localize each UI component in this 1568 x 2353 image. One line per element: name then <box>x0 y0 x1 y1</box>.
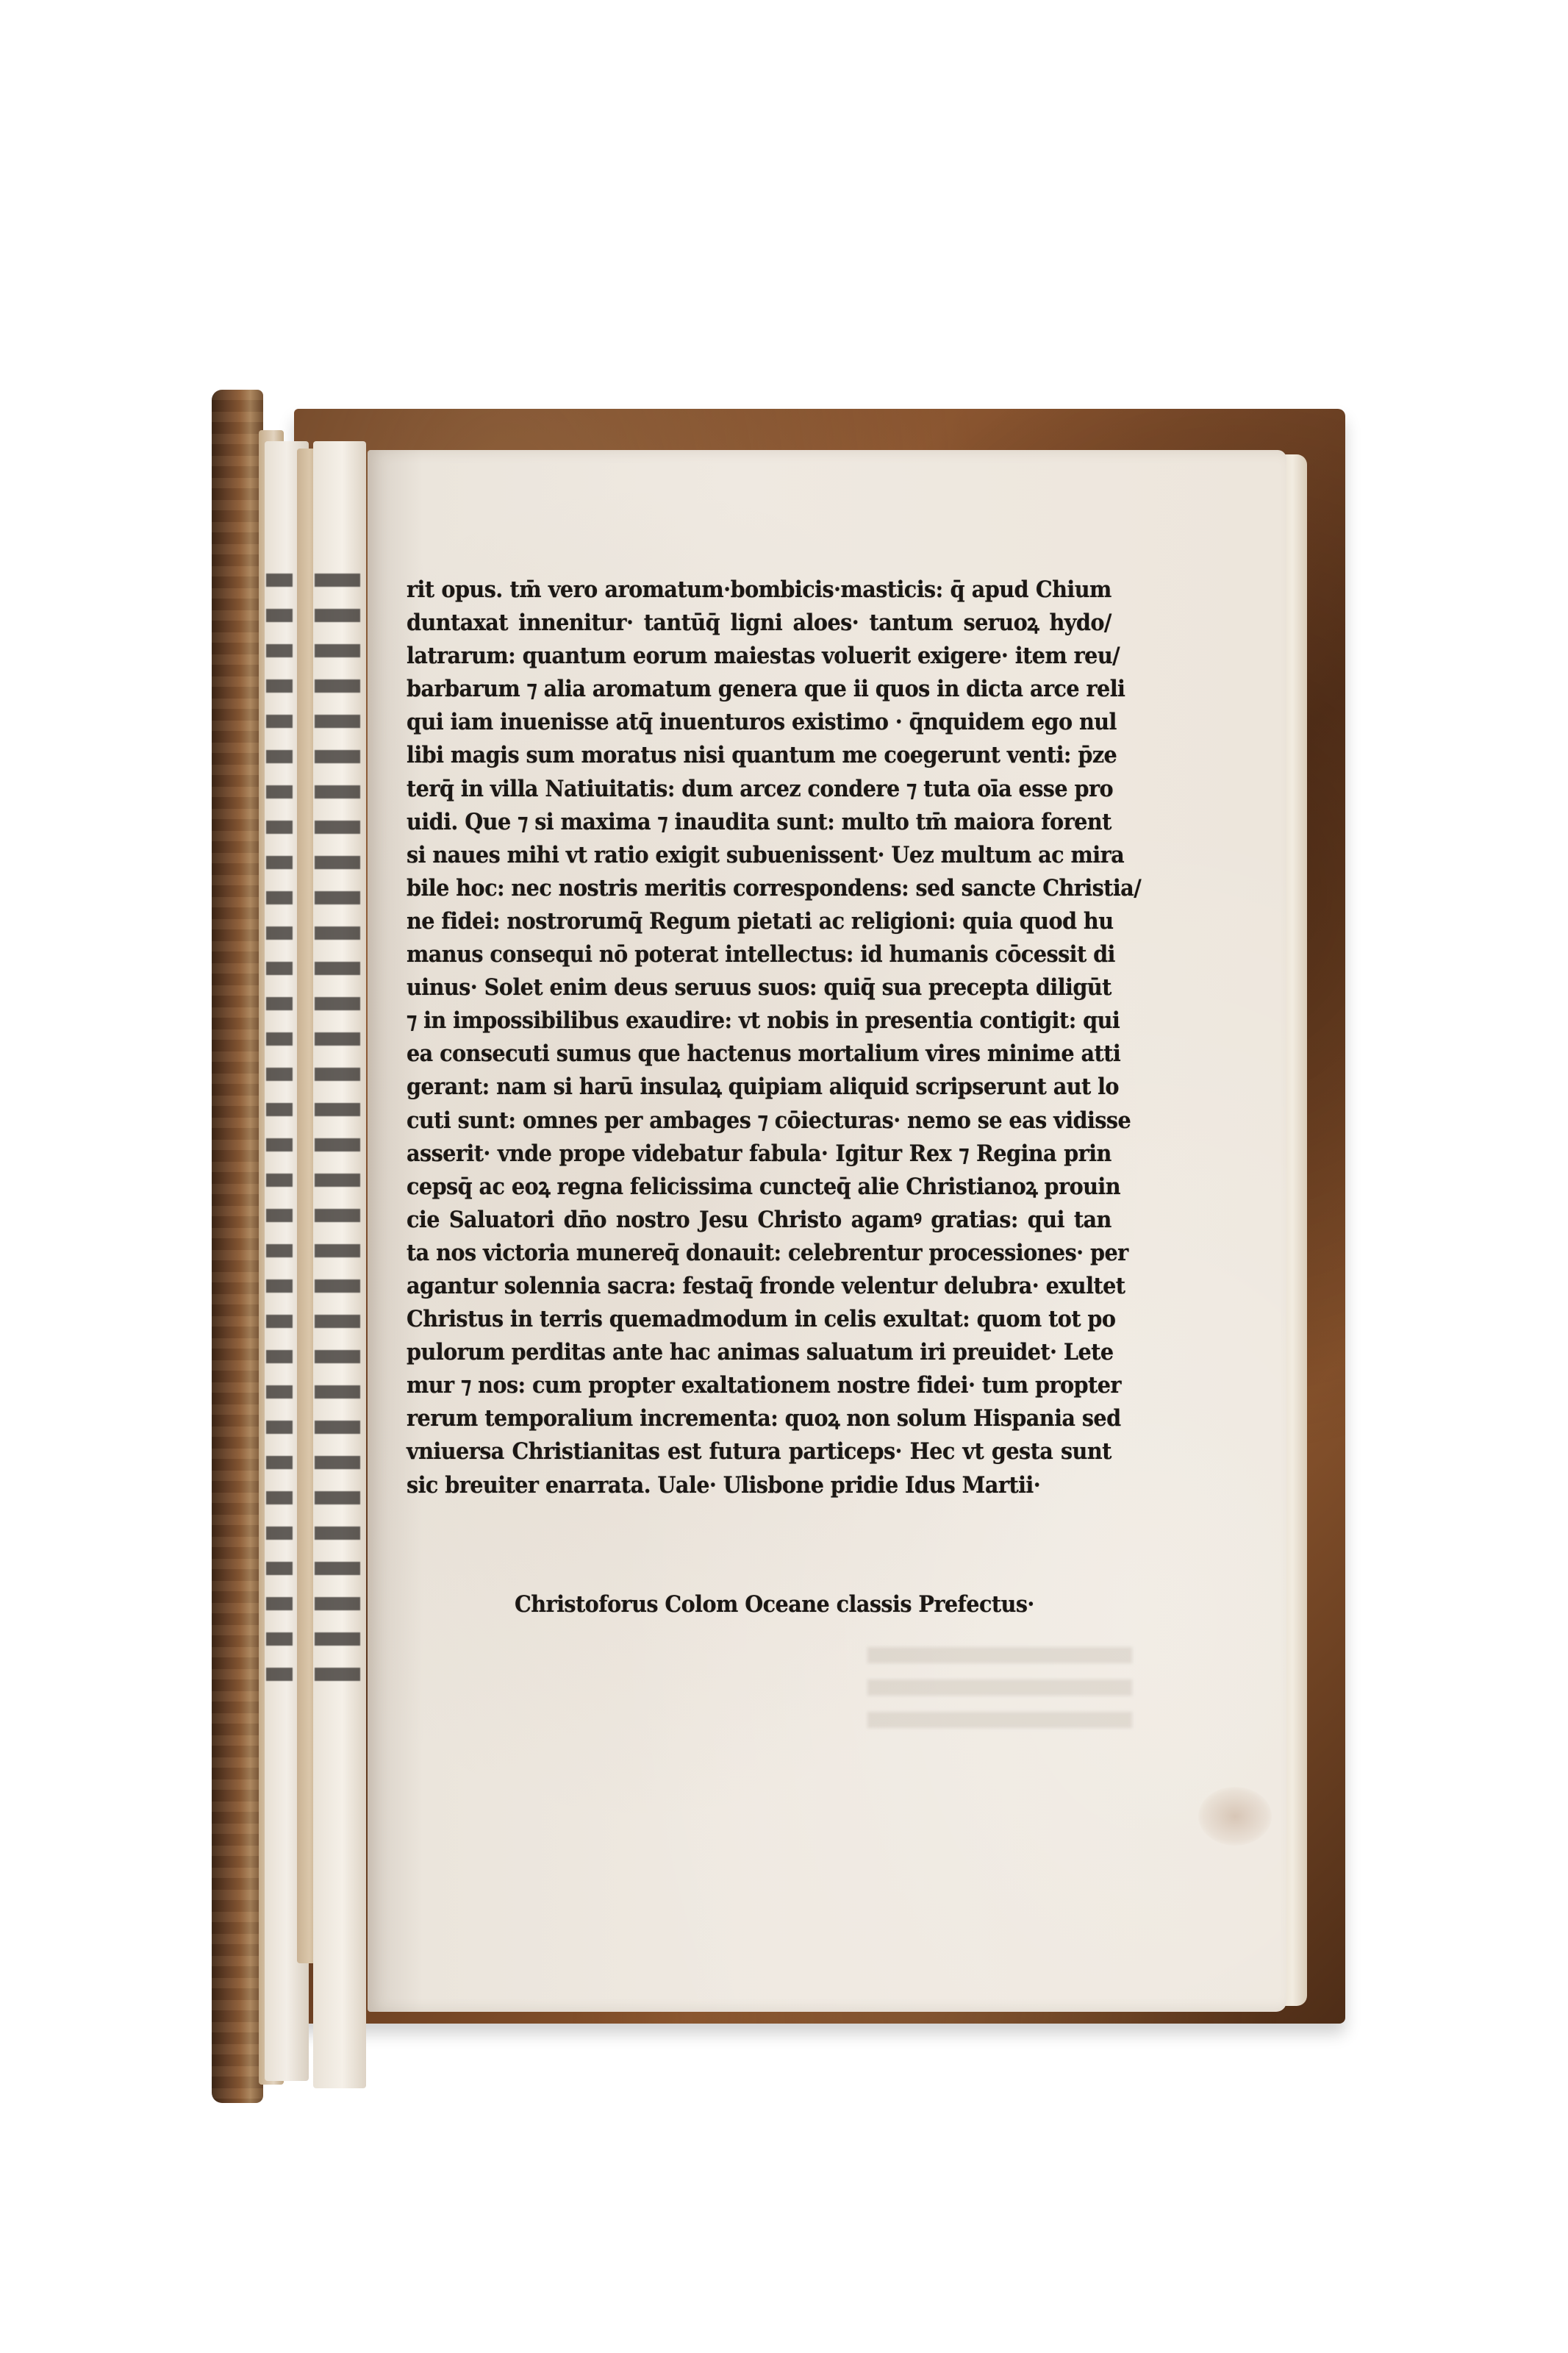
text-line: si naues mihi vt ratio exigit subuenisse… <box>407 839 1111 872</box>
text-line: asserit· vnde prope videbatur fabula· Ig… <box>407 1138 1111 1171</box>
text-line: mur ⁊ nos: cum propter exaltationem nost… <box>407 1369 1111 1402</box>
text-line: manus consequi nō poterat intellectus: i… <box>407 938 1111 971</box>
leaf-text-edge <box>315 574 360 1691</box>
text-line: rerum temporalium incrementa: quoꝝ non s… <box>407 1402 1111 1435</box>
text-line: libi magis sum moratus nisi quantum me c… <box>407 739 1111 772</box>
text-line: ne fidei: nostrorumq̄ Regum pietati ac r… <box>407 905 1111 938</box>
text-line: ea consecuti sumus que hactenus mortaliu… <box>407 1038 1111 1071</box>
book: rit opus. tm̄ vero aromatum·bombicis·mas… <box>0 0 1568 2353</box>
text-line: ta nos victoria munereq̄ donauit: celebr… <box>407 1237 1111 1270</box>
text-line: sic breuiter enarrata. Uale· Ulisbone pr… <box>407 1469 1111 1502</box>
text-line: rit opus. tm̄ vero aromatum·bombicis·mas… <box>407 574 1111 607</box>
front-cover-spine <box>212 390 263 2103</box>
text-line: latrarum: quantum eorum maiestas volueri… <box>407 640 1111 673</box>
text-line: terq̄ in villa Natiuitatis: dum arcez co… <box>407 773 1111 806</box>
text-line: ⁊ in impossibilibus exaudire: vt nobis i… <box>407 1004 1111 1038</box>
text-line: pulorum perditas ante hac animas saluatu… <box>407 1336 1111 1369</box>
foxing-stain <box>1198 1787 1272 1846</box>
text-line: vniuersa Christianitas est futura partic… <box>407 1435 1111 1468</box>
leaf-text-edge <box>266 574 293 1691</box>
text-line: barbarum ⁊ alia aromatum genera que ii q… <box>407 673 1111 706</box>
text-line: cepsq̄ ac eoꝝ regna felicissima cuncteq̄… <box>407 1171 1111 1204</box>
text-line: uinus· Solet enim deus seruus suos: quiq… <box>407 971 1111 1004</box>
verso-show-through <box>867 1647 1132 1743</box>
text-line: cie Saluatori dn̄o nostro Jesu Christo a… <box>407 1204 1111 1237</box>
text-line: duntaxat innenitur· tantūq̄ ligni aloes·… <box>407 607 1111 640</box>
text-line: agantur solennia sacra: festaq̄ fronde v… <box>407 1270 1111 1303</box>
text-line: cuti sunt: omnes per ambages ⁊ cōiectura… <box>407 1104 1111 1138</box>
text-line: uidi. Que ⁊ si maxima ⁊ inaudita sunt: m… <box>407 806 1111 839</box>
text-line: gerant: nam si harū insulaꝝ quipiam aliq… <box>407 1071 1111 1104</box>
text-line: bile hoc: nec nostris meritis correspond… <box>407 872 1111 905</box>
signature-line: Christoforus Colom Oceane classis Prefec… <box>515 1591 1034 1618</box>
text-line: qui iam inuenisse atq̄ inuenturos existi… <box>407 706 1111 739</box>
printed-text-block: rit opus. tm̄ vero aromatum·bombicis·mas… <box>407 574 1070 1502</box>
text-line: Christus in terris quemadmodum in celis … <box>407 1303 1111 1336</box>
